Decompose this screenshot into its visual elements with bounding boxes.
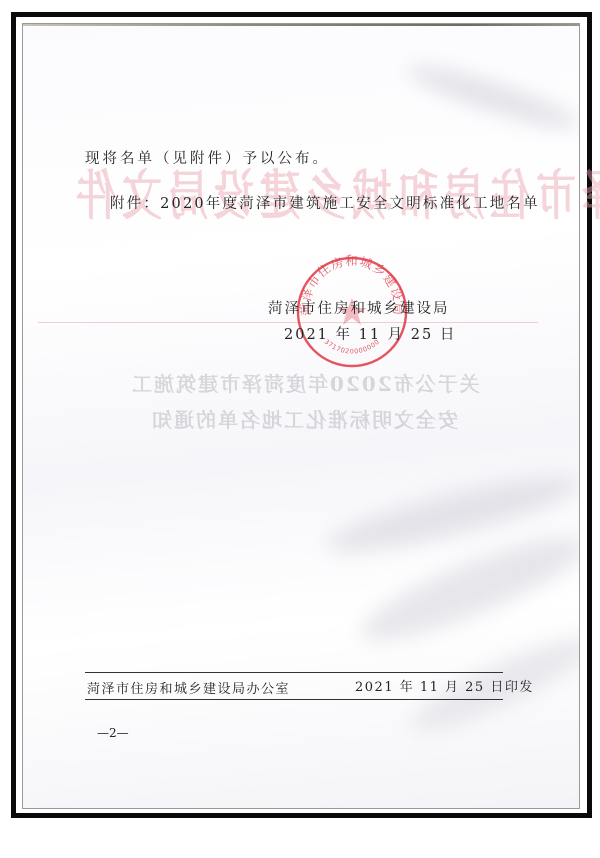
footer-rule-bottom xyxy=(85,699,503,700)
footer-print-date: 2021 年 11 月 25 日印发 xyxy=(355,676,534,695)
scan-shadow xyxy=(403,57,580,137)
bleed-through-title-1: 关于公布2020年度菏泽市建筑施工 xyxy=(130,368,480,397)
footer-rule-top xyxy=(85,672,503,673)
page-number: —2— xyxy=(97,726,129,740)
body-text: 现将名单（见附件）予以公布。 xyxy=(85,147,330,168)
scan-edge-stain xyxy=(23,24,579,26)
attachment-line: 附件：2020年度菏泽市建筑施工安全文明标准化工地名单 xyxy=(110,192,540,213)
signature-date: 2021 年 11 月 25 日 xyxy=(284,323,456,344)
signature-issuer: 菏泽市住房和城乡建设局 xyxy=(268,297,450,318)
bleed-through-title-2: 安全文明标准化工地名单的通知 xyxy=(150,404,458,433)
footer-issuing-office: 菏泽市住房和城乡建设局办公室 xyxy=(87,678,290,697)
